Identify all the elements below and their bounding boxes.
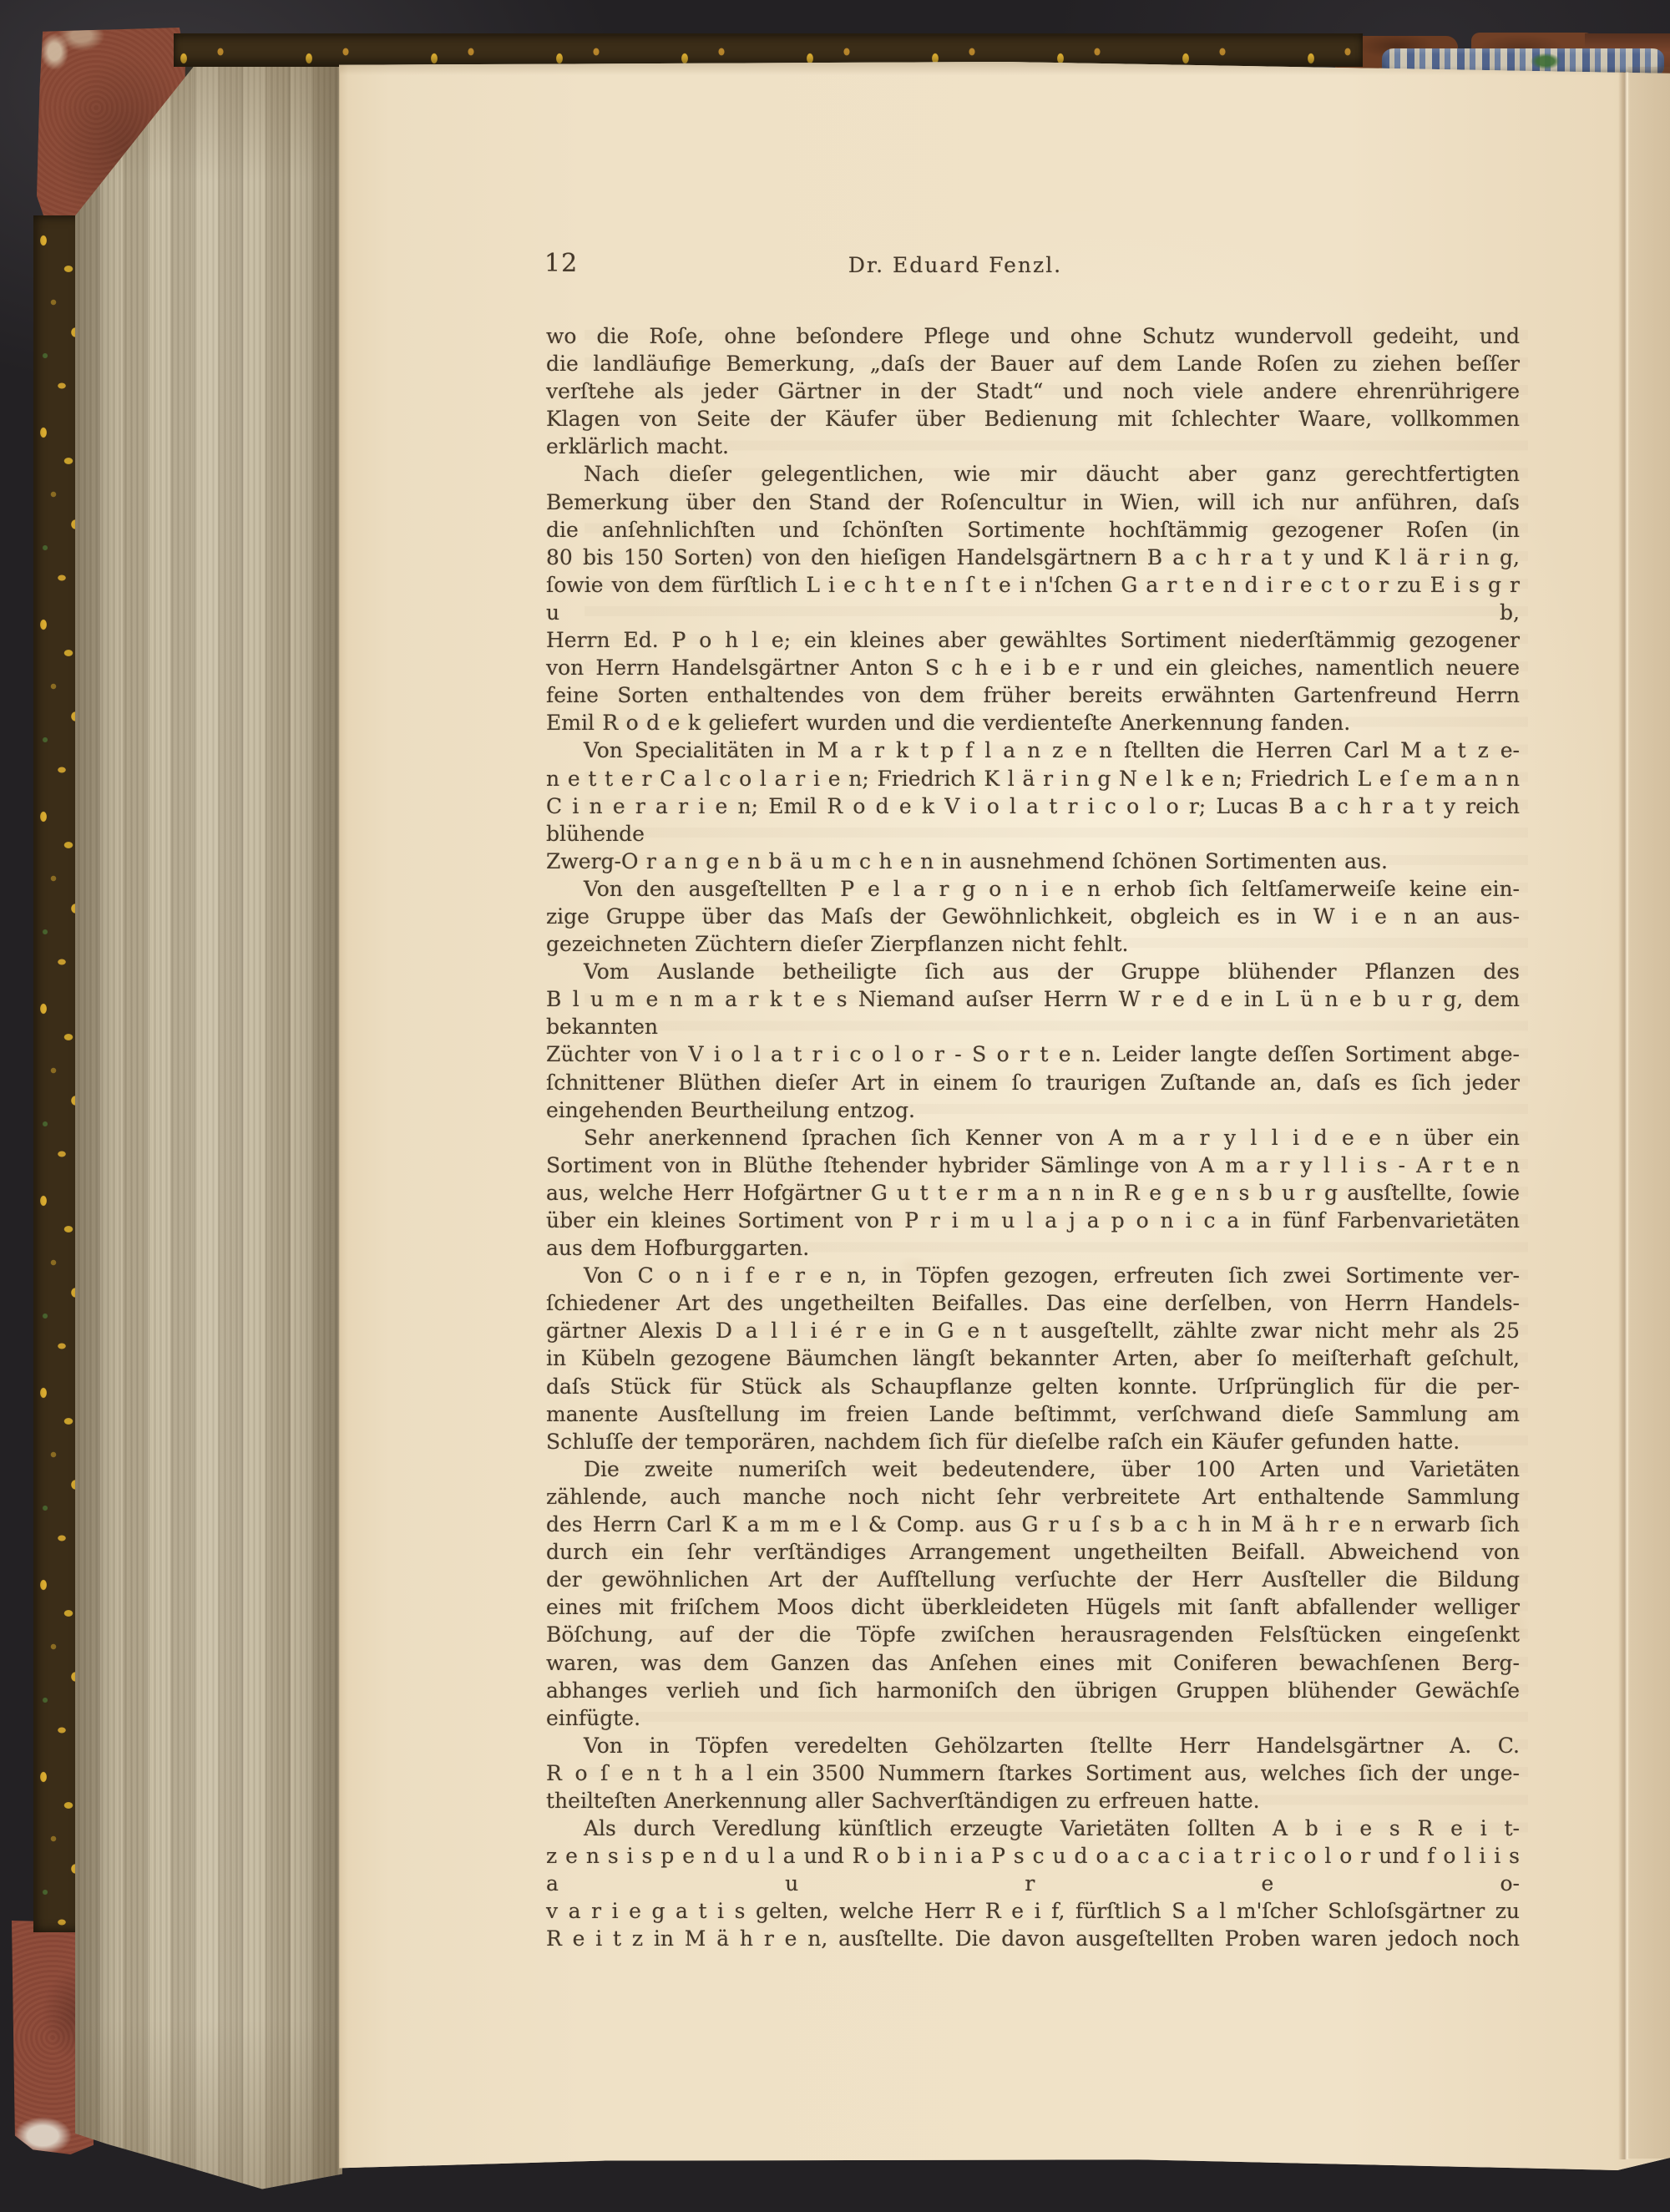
text-line: theilteſten Anerkennung aller Sachverſtä… [546,1787,1520,1815]
text-line: Züchter von V i o l a t r i c o l o r - … [546,1040,1520,1068]
text-line: Herrn Ed. P o h l e; ein kleines aber ge… [546,626,1520,654]
paragraph: Nach dieſer gelegentlichen, wie mir däuc… [546,460,1520,736]
text-line: 80 bis 150 Sorten) von den hieſigen Hand… [546,544,1520,571]
text-line: der gewöhnlichen Art der Aufſtellung ver… [546,1566,1520,1593]
text-line: Böſchung, auf der die Töpfe zwiſchen her… [546,1621,1520,1648]
text-line: wo die Roſe, ohne beſondere Pflege und o… [546,322,1520,350]
text-line: R o ſ e n t h a l ein 3500 Nummern ſtark… [546,1759,1520,1787]
text-line: über ein kleines Sortiment von P r i m u… [546,1207,1520,1234]
text-line: zige Gruppe über das Maſs der Gewöhnlich… [546,903,1520,930]
text-line: Als durch Veredlung künſtlich erzeugte V… [546,1815,1520,1842]
paragraph: Sehr anerkennend ſprachen ſich Kenner vo… [546,1124,1520,1262]
text-line: Bemerkung über den Stand der Roſencultur… [546,488,1520,516]
text-line: abhanges verlieh und ſich harmoniſch den… [546,1677,1520,1704]
text-line: Nach dieſer gelegentlichen, wie mir däuc… [546,460,1520,488]
text-line: ſowie von dem fürſtlich L i e c h t e n … [546,571,1520,626]
text-line: gärtner Alexis D a l l i é r e in G e n … [546,1317,1520,1344]
gutter-shading [1628,67,1670,2159]
text-line: erklärlich macht. [546,433,1520,460]
text-line: in Kübeln gezogene Bäumchen längſt bekan… [546,1344,1520,1372]
text-line: z e n s i s p e n d u l a und R o b i n … [546,1842,1520,1897]
text-line: einfügte. [546,1704,1520,1732]
text-line: Die zweite numeriſch weit bedeutendere, … [546,1455,1520,1483]
text-line: feine Sorten enthaltendes von dem früher… [546,681,1520,709]
text-line: des Herrn Carl K a m m e l & Comp. aus G… [546,1511,1520,1538]
paragraph: Von den ausgeſtellten P e l a r g o n i … [546,875,1520,958]
text-line: waren, was dem Ganzen das Anſehen eines … [546,1649,1520,1677]
text-line: eines mit friſchem Moos dicht überkleide… [546,1593,1520,1621]
text-line: R e i t z in M ä h r e n, ausſtellte. Di… [546,1925,1520,1952]
text-line: ſchiedener Art des ungetheilten Beifalle… [546,1289,1520,1317]
text-line: v a r i e g a t i s gelten, welche Herr … [546,1897,1520,1925]
text-line: Sortiment von in Blüthe ſtehender hybrid… [546,1152,1520,1179]
fore-edge-page-stack [75,53,342,2191]
text-line: Sehr anerkennend ſprachen ſich Kenner vo… [546,1124,1520,1152]
text-line: Schluſſe der temporären, nachdem ſich fü… [546,1428,1520,1455]
text-line: durch ein ſehr verſtändiges Arrangement … [546,1538,1520,1566]
text-line: n e t t e r C a l c o l a r i e n; Fried… [546,765,1520,792]
text-line: Von Specialitäten in M a r k t p f l a n… [546,736,1520,764]
text-line: zählende, auch manche noch nicht ſehr ve… [546,1483,1520,1511]
running-header: Dr. Eduard Fenzl. [546,253,1364,277]
text-line: Von den ausgeſtellten P e l a r g o n i … [546,875,1520,903]
paragraph: Von C o n i f e r e n, in Töpfen gezogen… [546,1262,1520,1455]
paragraph: Als durch Veredlung künſtlich erzeugte V… [546,1815,1520,1952]
text-line: manente Ausſtellung im freien Lande beſt… [546,1400,1520,1428]
scanned-book-page: 12 Dr. Eduard Fenzl. wo die Roſe, ohne b… [0,0,1670,2212]
text-line: C i n e r a r i e n; Emil R o d e k V i … [546,792,1520,848]
text-line: Emil R o d e k geliefert wurden und die … [546,709,1520,736]
text-line: Vom Auslande betheiligte ſich aus der Gr… [546,958,1520,985]
text-line: gezeichneten Züchtern dieſer Zierpflanze… [546,930,1520,958]
text-block: wo die Roſe, ohne beſondere Pflege und o… [546,322,1520,1953]
text-line: ſchnittener Blüthen dieſer Art in einem … [546,1069,1520,1096]
text-line: verſtehe als jeder Gärtner in der Stadt“… [546,377,1520,405]
text-line: aus, welche Herr Hofgärtner G u t t e r … [546,1179,1520,1207]
paragraph: Von Specialitäten in M a r k t p f l a n… [546,736,1520,874]
text-line: die landläufige Bemerkung, „daſs der Bau… [546,350,1520,377]
paragraph: Von in Töpfen veredelten Gehölzarten ſte… [546,1732,1520,1815]
text-line: von Herrn Handelsgärtner Anton S c h e i… [546,654,1520,681]
paragraph: Vom Auslande betheiligte ſich aus der Gr… [546,958,1520,1124]
text-line: Klagen von Seite der Käufer über Bedienu… [546,405,1520,433]
text-line: daſs Stück für Stück als Schaupflanze ge… [546,1373,1520,1400]
text-line: eingehenden Beurtheilung entzog. [546,1096,1520,1124]
text-line: Zwerg-O r a n g e n b ä u m c h e n in a… [546,848,1520,875]
paragraph: Die zweite numeriſch weit bedeutendere, … [546,1455,1520,1732]
text-line: Von C o n i f e r e n, in Töpfen gezogen… [546,1262,1520,1289]
text-line: aus dem Hofburggarten. [546,1234,1520,1262]
text-line: die anſehnlichſten und ſchönſten Sortime… [546,516,1520,544]
text-line: Von in Töpfen veredelten Gehölzarten ſte… [546,1732,1520,1759]
marbled-board-edge-top [174,33,1363,67]
paragraph: wo die Roſe, ohne beſondere Pflege und o… [546,322,1520,460]
text-line: B l u m e n m a r k t e s Niemand auſser… [546,985,1520,1040]
